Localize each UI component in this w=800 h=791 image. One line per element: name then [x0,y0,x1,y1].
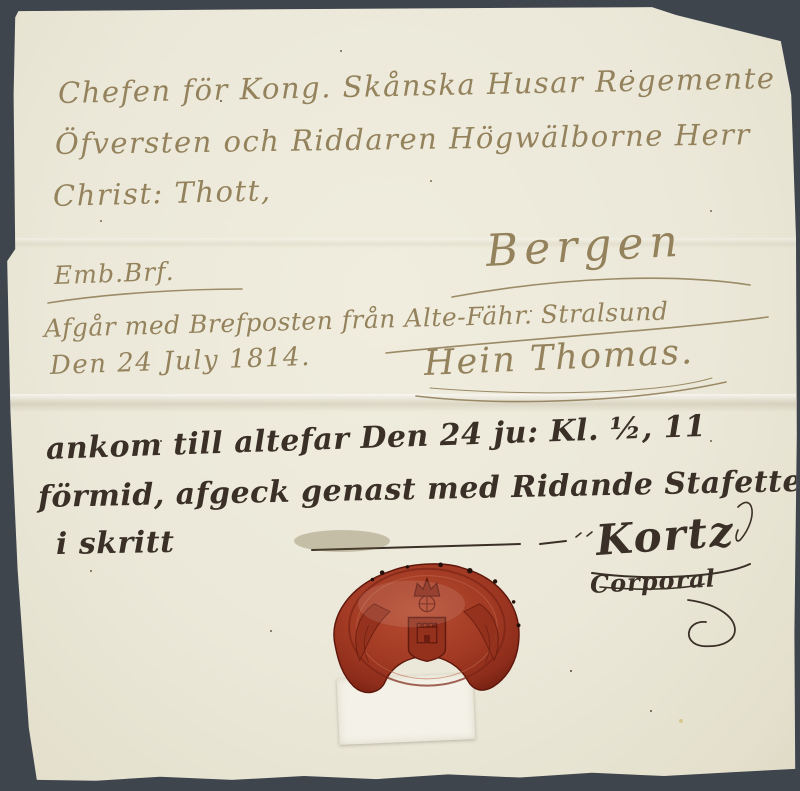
margin-pen-mark [736,502,752,541]
address-line-2: Öfversten och Riddaren Högwälborne Herr [55,117,751,161]
corporal-title: Corporal [589,563,716,599]
corporal-signature: Kortz [594,506,736,565]
skritt-dash-short [540,541,566,544]
ink-smudge [294,530,390,552]
wax-seal [314,556,538,714]
arrival-line-1: ankom till altefar Den 24 ju: Kl. ½, 11 [45,409,706,467]
destination-text: Bergen [485,216,685,277]
arrival-line-3: i skritt [56,525,175,562]
arrival-line-2: förmid, afgeck genast med Ridande Stafet… [38,464,800,515]
address-line-3: Christ: Thott, [53,173,272,213]
bergen-underline [452,278,750,297]
corporal-tail-loop [688,600,735,646]
address-line-1: Chefen för Kong. Skånska Husar Regemente [58,61,776,110]
wax-highlight [358,580,465,627]
scan-background: Chefen för Kong. Skånska Husar Regemente… [0,0,800,791]
skritt-dash-long [312,544,520,550]
dispatch-line-2: Den 24 July 1814. [49,342,311,381]
paper-specks [8,8,10,10]
endorsement-text: Emb.Brf. [53,257,174,290]
castle-gate [424,635,430,643]
dispatch-line-1: Afgår med Brefposten från Alte-Fähr. Str… [44,297,669,343]
quote-ticks [576,532,592,537]
postmaster-signature: Hein Thomas. [423,332,695,384]
endorsement-underline [48,289,242,303]
letter-sheet: Chefen för Kong. Skånska Husar Regemente… [0,0,800,791]
